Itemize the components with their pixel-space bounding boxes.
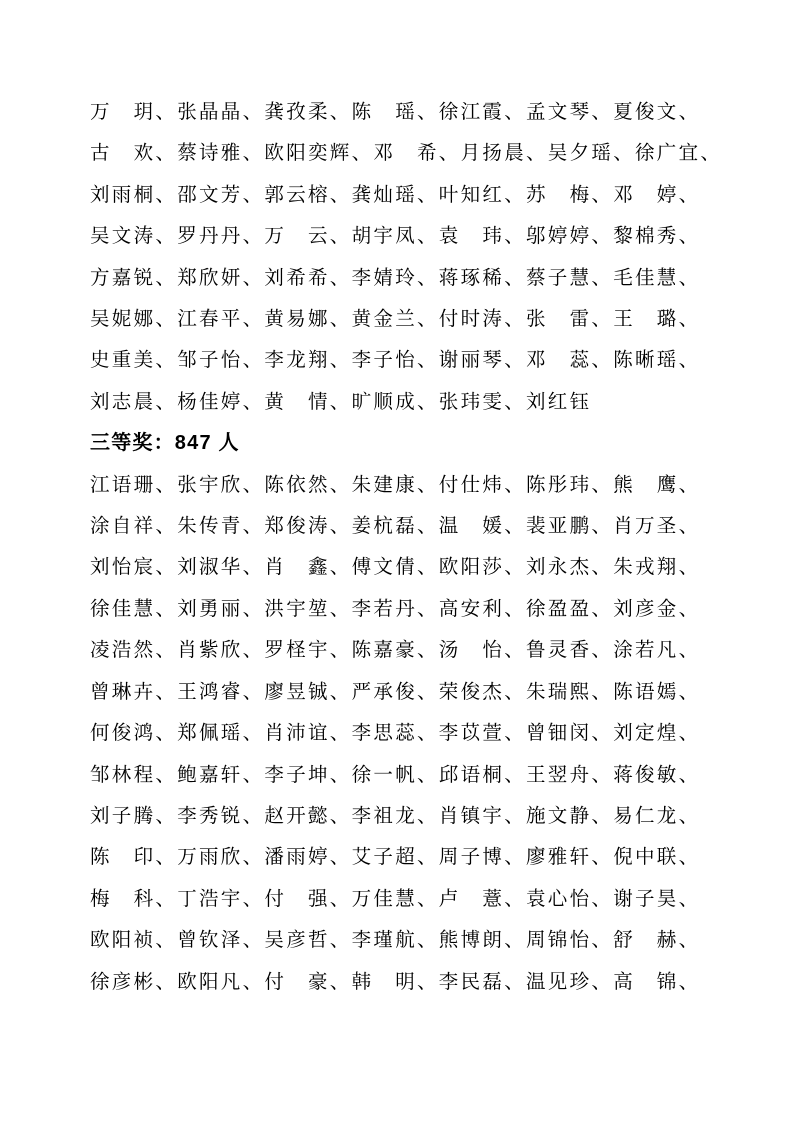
name-list-line: 徐佳慧、刘勇丽、洪宇堃、李若丹、高安利、徐盈盈、刘彦金、 (90, 589, 712, 630)
name-list-line: 刘志晨、杨佳婷、黄 情、旷顺成、张玮雯、刘红钰 (90, 382, 712, 423)
name-list-line: 吴文涛、罗丹丹、万 云、胡宇凤、袁 玮、邬婷婷、黎棉秀、 (90, 216, 712, 257)
name-list-line: 方嘉锐、郑欣妍、刘希希、李婧玲、蒋琢稀、蔡子慧、毛佳慧、 (90, 258, 712, 299)
name-list-line: 欧阳祯、曾钦泽、吴彦哲、李瑾航、熊博朗、周锦怡、舒 赫、 (90, 920, 712, 961)
name-list-line: 万 玥、张晶晶、龚孜柔、陈 瑶、徐江霞、孟文琴、夏俊文、 (90, 92, 712, 133)
name-list-line: 刘子腾、李秀锐、赵开懿、李祖龙、肖镇宇、施文静、易仁龙、 (90, 796, 712, 837)
name-list-1: 万 玥、张晶晶、龚孜柔、陈 瑶、徐江霞、孟文琴、夏俊文、古 欢、蔡诗雅、欧阳奕辉… (90, 92, 712, 423)
document-page: 万 玥、张晶晶、龚孜柔、陈 瑶、徐江霞、孟文琴、夏俊文、古 欢、蔡诗雅、欧阳奕辉… (0, 0, 792, 1122)
name-list-line: 刘怡宸、刘淑华、肖 鑫、傅文倩、欧阳莎、刘永杰、朱戎翔、 (90, 547, 712, 588)
name-list-line: 刘雨桐、邵文芳、郭云榕、龚灿瑶、叶知红、苏 梅、邓 婷、 (90, 175, 712, 216)
name-list-line: 曾琳卉、王鸿睿、廖昱铖、严承俊、荣俊杰、朱瑞熙、陈语嫣、 (90, 672, 712, 713)
name-list-line: 邹林程、鲍嘉轩、李子坤、徐一帆、邱语桐、王翌舟、蒋俊敏、 (90, 755, 712, 796)
name-list-line: 陈 印、万雨欣、潘雨婷、艾子超、周子博、廖雅轩、倪中联、 (90, 837, 712, 878)
name-list-2: 江语珊、张宇欣、陈依然、朱建康、付仕炜、陈彤玮、熊 鹰、涂自祥、朱传青、郑俊涛、… (90, 465, 712, 1003)
name-list-line: 古 欢、蔡诗雅、欧阳奕辉、邓 希、月扬晨、吴夕瑶、徐广宜、 (90, 133, 712, 174)
name-list-line: 凌浩然、肖紫欣、罗柽宇、陈嘉豪、汤 怡、鲁灵香、涂若凡、 (90, 630, 712, 671)
name-list-line: 涂自祥、朱传青、郑俊涛、姜杭磊、温 媛、裴亚鹏、肖万圣、 (90, 506, 712, 547)
name-list-line: 史重美、邹子怡、李龙翔、李子怡、谢丽琴、邓 蕊、陈晰瑶、 (90, 340, 712, 381)
section-heading-third-prize: 三等奖：847 人 (90, 423, 712, 464)
name-list-line: 吴妮娜、江春平、黄易娜、黄金兰、付时涛、张 雷、王 璐、 (90, 299, 712, 340)
name-list-line: 梅 科、丁浩宇、付 强、万佳慧、卢 薏、袁心怡、谢子昊、 (90, 879, 712, 920)
name-list-line: 江语珊、张宇欣、陈依然、朱建康、付仕炜、陈彤玮、熊 鹰、 (90, 465, 712, 506)
name-list-line: 何俊鸿、郑佩瑶、肖沛谊、李思蕊、李苡萱、曾钿闵、刘定煌、 (90, 713, 712, 754)
name-list-line: 徐彦彬、欧阳凡、付 豪、韩 明、李民磊、温见珍、高 锦、 (90, 962, 712, 1003)
